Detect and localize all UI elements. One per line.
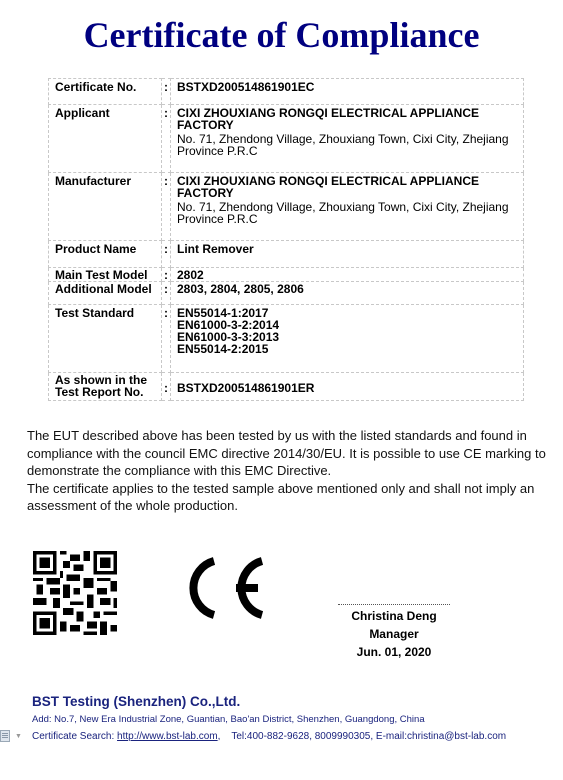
page-title: Certificate of Compliance xyxy=(0,14,563,56)
certificate-search: Certificate Search: http://www.bst-lab.c… xyxy=(32,731,506,742)
signature-date: Jun. 01, 2020 xyxy=(338,643,450,661)
row-test-standard: Test Standard : EN55014-1:2017 EN61000-3… xyxy=(49,305,524,373)
value-main-test-model: 2802 xyxy=(171,268,524,282)
compliance-statement: The EUT described above has been tested … xyxy=(27,427,547,515)
value-additional-model: 2803, 2804, 2805, 2806 xyxy=(171,282,524,305)
label-test-standard: Test Standard xyxy=(49,305,162,373)
statement-paragraph-1: The EUT described above has been tested … xyxy=(27,427,547,480)
signatory-name: Christina Deng xyxy=(338,607,450,625)
manufacturer-name-line2: FACTORY xyxy=(177,187,517,199)
separator: : xyxy=(162,282,171,305)
applicant-address-line2: Province P.R.C xyxy=(177,145,517,157)
label-certificate-no: Certificate No. xyxy=(49,79,162,105)
row-main-test-model: Main Test Model : 2802 xyxy=(49,268,524,282)
signature-block: Christina Deng Manager Jun. 01, 2020 xyxy=(338,604,450,661)
row-product-name: Product Name : Lint Remover xyxy=(49,241,524,268)
label-test-report-line2: Test Report No. xyxy=(55,386,155,398)
test-standard-item: EN55014-2:2015 xyxy=(177,343,517,355)
certificate-info-table: Certificate No. : BSTXD200514861901EC Ap… xyxy=(48,78,524,401)
qr-code-icon[interactable] xyxy=(33,551,117,635)
contact-info: , Tel:400-882-9628, 8009990305, E-mail:c… xyxy=(218,731,506,742)
separator: : xyxy=(162,305,171,373)
statement-paragraph-2: The certificate applies to the tested sa… xyxy=(27,480,547,515)
value-test-report: BSTXD200514861901ER xyxy=(171,373,524,401)
signature-line xyxy=(338,604,450,605)
manufacturer-address-line2: Province P.R.C xyxy=(177,213,517,225)
value-test-standard: EN55014-1:2017 EN61000-3-2:2014 EN61000-… xyxy=(171,305,524,373)
company-name: BST Testing (Shenzhen) Co.,Ltd. xyxy=(32,694,240,709)
row-additional-model: Additional Model : 2803, 2804, 2805, 280… xyxy=(49,282,524,305)
search-link[interactable]: http://www.bst-lab.com xyxy=(117,731,218,742)
separator: : xyxy=(162,373,171,401)
row-certificate-no: Certificate No. : BSTXD200514861901EC xyxy=(49,79,524,105)
dropdown-arrow-icon[interactable]: ▼ xyxy=(15,733,22,740)
separator: : xyxy=(162,105,171,173)
row-manufacturer: Manufacturer : CIXI ZHOUXIANG RONGQI ELE… xyxy=(49,173,524,241)
label-product-name: Product Name xyxy=(49,241,162,268)
ce-mark-icon xyxy=(178,555,268,621)
signatory-role: Manager xyxy=(338,625,450,643)
document-icon[interactable] xyxy=(0,730,10,742)
value-product-name: Lint Remover xyxy=(171,241,524,268)
separator: : xyxy=(162,241,171,268)
row-applicant: Applicant : CIXI ZHOUXIANG RONGQI ELECTR… xyxy=(49,105,524,173)
value-applicant: CIXI ZHOUXIANG RONGQI ELECTRICAL APPLIAN… xyxy=(171,105,524,173)
value-manufacturer: CIXI ZHOUXIANG RONGQI ELECTRICAL APPLIAN… xyxy=(171,173,524,241)
row-test-report: As shown in the Test Report No. : BSTXD2… xyxy=(49,373,524,401)
separator: : xyxy=(162,79,171,105)
label-additional-model: Additional Model xyxy=(49,282,162,305)
label-main-test-model: Main Test Model xyxy=(49,268,162,282)
applicant-name-line2: FACTORY xyxy=(177,119,517,131)
label-test-report: As shown in the Test Report No. xyxy=(49,373,162,401)
separator: : xyxy=(162,268,171,282)
value-certificate-no: BSTXD200514861901EC xyxy=(171,79,524,105)
company-address: Add: No.7, New Era Industrial Zone, Guan… xyxy=(32,714,425,725)
search-label: Certificate Search: xyxy=(32,731,114,742)
label-manufacturer: Manufacturer xyxy=(49,173,162,241)
separator: : xyxy=(162,173,171,241)
label-applicant: Applicant xyxy=(49,105,162,173)
